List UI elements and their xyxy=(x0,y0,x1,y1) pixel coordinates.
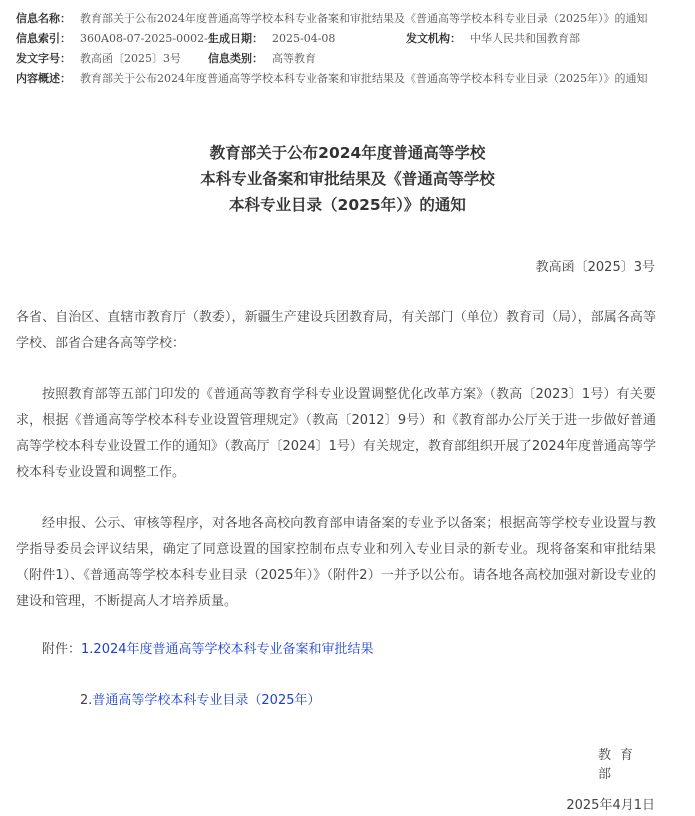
meta-index-label: 信息索引： xyxy=(16,29,71,49)
meta-date-value: 2025-04-08 xyxy=(272,29,335,49)
meta-summary-value: 教育部关于公布2024年度普通高等学校本科专业备案和审批结果及《普通高等学校本科… xyxy=(80,69,648,89)
meta-category-value: 高等教育 xyxy=(272,49,316,69)
meta-issuer-label: 发文机构： xyxy=(406,29,461,49)
attachment-number: 2. xyxy=(80,693,92,708)
document-metadata: 信息名称： 教育部关于公布2024年度普通高等学校本科专业备案和审批结果及《普通… xyxy=(16,9,686,89)
meta-docno-label: 发文字号： xyxy=(16,49,71,69)
title-line: 本科专业备案和审批结果及《普通高等学校 xyxy=(0,166,695,192)
meta-index-value: 360A08-07-2025-0002-1 xyxy=(80,29,215,49)
document-title: 教育部关于公布2024年度普通高等学校 本科专业备案和审批结果及《普通高等学校 … xyxy=(0,140,695,218)
meta-docno-value: 教高函〔2025〕3号 xyxy=(80,49,181,69)
meta-category-label: 信息类别： xyxy=(208,49,263,69)
meta-row-docno: 发文字号： 教高函〔2025〕3号 信息类别： 高等教育 xyxy=(16,49,686,69)
attachments-label: 附件： xyxy=(42,642,81,657)
attachment-row-1: 附件：1.2024年度普通高等学校本科专业备案和审批结果 xyxy=(42,640,374,660)
meta-summary-label: 内容概述： xyxy=(16,69,71,89)
signature-org: 教育部 xyxy=(598,744,655,782)
title-line: 教育部关于公布2024年度普通高等学校 xyxy=(0,140,695,166)
attachment-link-1[interactable]: 1.2024年度普通高等学校本科专业备案和审批结果 xyxy=(81,642,374,657)
body-paragraph: 按照教育部等五部门印发的《普通高等教育学科专业设置调整优化改革方案》（教高〔20… xyxy=(16,382,656,486)
document-number: 教高函〔2025〕3号 xyxy=(536,256,655,275)
meta-row-summary: 内容概述： 教育部关于公布2024年度普通高等学校本科专业备案和审批结果及《普通… xyxy=(16,69,686,89)
attachment-row-2: 2.普通高等学校本科专业目录（2025年） xyxy=(80,691,321,711)
meta-issuer-value: 中华人民共和国教育部 xyxy=(470,29,580,49)
attachment-link-2[interactable]: 普通高等学校本科专业目录（2025年） xyxy=(92,693,320,708)
meta-name-value: 教育部关于公布2024年度普通高等学校本科专业备案和审批结果及《普通高等学校本科… xyxy=(80,9,648,29)
body-paragraph: 经申报、公示、审核等程序，对各地各高校向教育部申请备案的专业予以备案；根据高等学… xyxy=(16,511,656,615)
meta-name-label: 信息名称： xyxy=(16,9,71,29)
signature-org-text: 教育部 xyxy=(598,748,642,782)
meta-row-index: 信息索引： 360A08-07-2025-0002-1 生成日期： 2025-0… xyxy=(16,29,686,49)
signature-date: 2025年4月1日 xyxy=(566,794,655,813)
meta-date-label: 生成日期： xyxy=(208,29,263,49)
salutation: 各省、自治区、直辖市教育厅（教委），新疆生产建设兵团教育局，有关部门（单位）教育… xyxy=(16,305,656,357)
attachment-title: 2024年度普通高等学校本科专业备案和审批结果 xyxy=(93,642,373,657)
title-line: 本科专业目录（2025年）》的通知 xyxy=(0,192,695,218)
meta-row-name: 信息名称： 教育部关于公布2024年度普通高等学校本科专业备案和审批结果及《普通… xyxy=(16,9,686,29)
attachment-number: 1. xyxy=(81,642,93,657)
